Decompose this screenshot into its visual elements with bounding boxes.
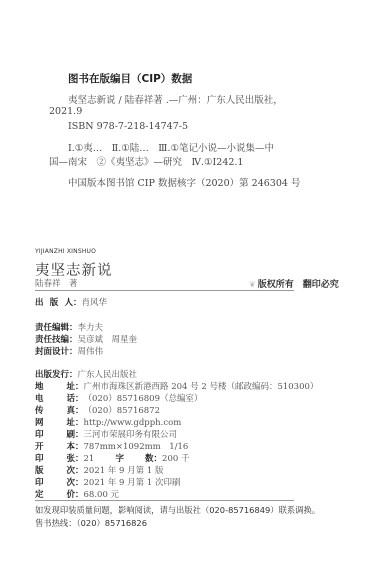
website-link[interactable]: http://www.gdpph.com xyxy=(84,418,182,428)
cip-isbn: ISBN 978-7-218-14747-5 xyxy=(68,121,188,132)
divider-bottom xyxy=(35,500,294,501)
cip-subjects-line2: 国—南宋 ②《夷坚志》—研究 Ⅳ.①I242.1 xyxy=(49,154,243,168)
sheets-row: 印张：21字数：200 千 xyxy=(35,452,189,464)
cip-entry-line2: 2021.9 xyxy=(49,106,82,117)
cip-heading: 图书在版编目（CIP）数据 xyxy=(68,71,192,86)
publisher-row: 出版发行：广东人民出版社 xyxy=(35,368,137,380)
editor-row: 责任编辑：李力夫 xyxy=(35,321,103,333)
leaf-icon: ❦ xyxy=(249,280,256,289)
divider-top xyxy=(35,290,294,291)
address-row: 地址：广州市海珠区新港西路 204 号 2 号楼（邮政编码：510300） xyxy=(35,380,318,392)
sales-hotline: 售书热线：（020）85716826 xyxy=(35,517,147,529)
cip-subjects-line1: Ⅰ.①夷… Ⅱ.①陆… Ⅲ.①笔记小说—小说集—中 xyxy=(68,140,274,154)
phone-row: 电话：（020）85716809（总编室） xyxy=(35,392,203,404)
cip-record-number: 中国版本图书馆 CIP 数据核字（2020）第 246304 号 xyxy=(68,175,300,189)
pinyin-title: YIJIANZHI XINSHUO xyxy=(35,248,96,255)
price-row: 定价：68.00 元 xyxy=(35,488,119,500)
publisher-person-row: 出版人：肖风华 xyxy=(35,296,107,308)
book-author: 陆春祥 著 xyxy=(35,277,78,289)
impression-row: 印次：2021 年 9 月第 1 次印刷 xyxy=(35,476,180,488)
edition-row: 版次：2021 年 9 月第 1 版 xyxy=(35,464,163,476)
format-row: 开本：787mm×1092mm 1/16 xyxy=(35,440,188,452)
rights-notice: ❦版权所有 翻印必究 xyxy=(249,277,339,290)
tech-editor-row: 责任技编：吴彦斌 周星奎 xyxy=(35,333,137,345)
website-row: 网址：http://www.gdpph.com xyxy=(35,416,181,428)
cip-entry-line1: 夷坚志新说 / 陆春祥著 .—广州：广东人民出版社， xyxy=(68,92,283,106)
rights-text: 版权所有 翻印必究 xyxy=(258,280,339,290)
printer-row: 印刷：三河市荣展印务有限公司 xyxy=(35,428,177,440)
cover-design-row: 封面设计：周伟伟 xyxy=(35,345,103,357)
quality-notice: 如发现印装质量问题，影响阅读，请与出版社（020-85716849）联系调换。 xyxy=(35,504,320,516)
fax-row: 传真：（020）85716872 xyxy=(35,404,160,416)
